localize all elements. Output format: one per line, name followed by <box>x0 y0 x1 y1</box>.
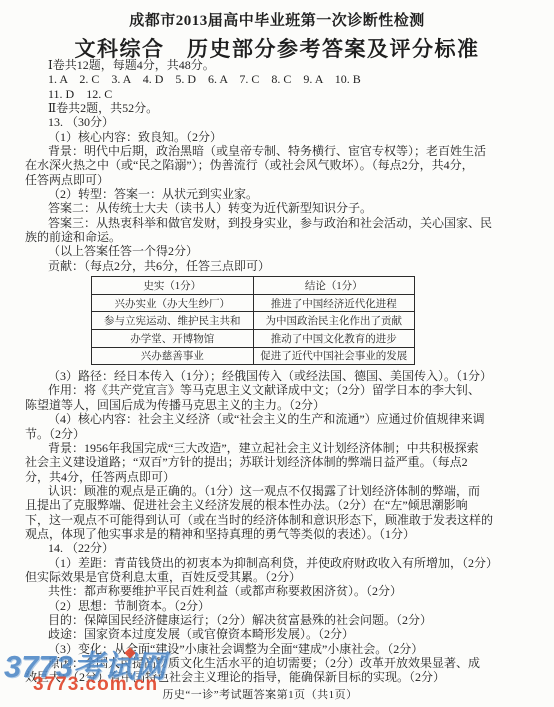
body-line: 分，共4分，任答两点即可） <box>25 470 511 484</box>
body-line: 答案二：从传统士大夫（读书人）转变为近代新型知识分子。 <box>25 201 511 215</box>
answer-key-line: 11. D 12. C <box>25 87 511 101</box>
body-line: （3）变化：从全面“建设”小康社会调整为全面“建成”小康社会。（2分） <box>25 642 511 656</box>
body-line: 目的：保障国民经济健康运行；（2分）解决贫富悬殊的社会问题。（2分） <box>25 613 511 627</box>
table-row: 参与立宪运动、维护民主共和 为中国政治民主化作出了贡献 <box>92 312 415 330</box>
body-line: 认识：顾准的观点是正确的。（1分）这一观点不仅揭露了计划经济体制的弊端，而 <box>25 484 511 498</box>
body-line: 答案三：从热衷科举和做官发财，到投身实业，参与政治和社会活动，关心国家、民 <box>25 216 511 230</box>
footer-page-info: 历史“一诊”考试题答案第1页（共1页） <box>25 686 495 702</box>
body-line: Ⅰ卷共12题，每题4分，共48分。 <box>25 58 511 72</box>
body-line: （2）思想：节制资本。（2分） <box>25 599 511 613</box>
body-line: 歧途：国家资本过度发展（或官僚资本畸形发展）。（2分） <box>25 627 511 641</box>
body-line: 作用：将《共产党宣言》等马克思主义文献译成中文；（2分）留学日本的李大钊、 <box>25 383 511 397</box>
table-cell: 推进了中国经济近代化进程 <box>253 294 415 312</box>
body-line: 任答两点即可） <box>25 173 511 187</box>
body-line: 且提出了克服弊端、促进社会主义经济发展的根本性办法。（2分）在“左”倾思潮影响 <box>25 498 511 512</box>
table-cell: 参与立宪运动、维护民主共和 <box>92 312 254 330</box>
body-line: 贡献：（每点2分，共6分，任答三点即可） <box>25 259 511 273</box>
document-page: 成都市2013届高中毕业班第一次诊断性检测 文科综合 历史部分参考答案及评分标准… <box>0 0 554 707</box>
body-line: （3）路径：经日本传入（1分）；经俄国传入（或经法国、德国、美国传入）。（1分） <box>25 369 511 383</box>
body-line: （以上答案任答一个得2分） <box>25 244 511 258</box>
body-line: 13. （30分） <box>25 115 511 129</box>
body-line: Ⅱ卷共2题，共52分。 <box>25 101 511 115</box>
table-cell: 推动了中国文化教育的进步 <box>253 329 415 347</box>
body-line: 但实际效果是官贷利息太重，百姓反受其累。（2分） <box>25 570 511 584</box>
table-header-row: 史实（1分） 结论（1分） <box>92 277 415 295</box>
body-line: 观点，体现了他实事求是的精神和坚持真理的勇气等类似的表述）。（1分） <box>25 527 511 541</box>
body-line: 社会主义建设道路；“双百”方针的提出；苏联计划经济体制的弊端日益严重。（每点2 <box>25 455 511 469</box>
contributions-table: 史实（1分） 结论（1分） 兴办实业（办大生纱厂） 推进了中国经济近代化进程 参… <box>91 276 415 365</box>
table-cell: 兴办慈善事业 <box>92 347 254 365</box>
body-line: （1）差距：青苗钱贷出的初衷本为抑制高利贷，并使政府财政收入有所增加，（2分） <box>25 556 511 570</box>
answer-key-line: 1. A 2. C 3. A 4. D 5. D 6. A 7. C 8. C … <box>25 72 511 86</box>
body-line: 原因：全国人民提高物质文化生活水平的迫切需要；（2分）改革开放效果显著、成 <box>25 656 511 670</box>
body-line: 在水深火热之中（或“民之陷溺”）；伪善流行（或社会风气败坏）。（每点2分，共4分… <box>25 158 511 172</box>
table-cell: 兴办实业（办大生纱厂） <box>92 294 254 312</box>
body-line: 陈望道等人，回国后成为传播马克思主义的主力。（2分） <box>25 398 511 412</box>
table-row: 兴办慈善事业 促进了近代中国社会事业的发展 <box>92 347 415 365</box>
body-line: 族的前途和命运。 <box>25 230 511 244</box>
body-line: 节。（2分） <box>25 427 511 441</box>
body-line: 14. （22分） <box>25 541 511 555</box>
body-line: 背景：明代中后期，政治黑暗（或皇帝专制、特务横行、宦官专权等）；老百姓生活 <box>25 144 511 158</box>
exam-title: 成都市2013届高中毕业班第一次诊断性检测 <box>0 0 554 30</box>
body-line: （2）转型：答案一：从状元到实业家。 <box>25 187 511 201</box>
table-row: 办学堂、开博物馆 推动了中国文化教育的进步 <box>92 329 415 347</box>
table-header-cell: 结论（1分） <box>253 277 415 295</box>
table-header-cell: 史实（1分） <box>92 277 254 295</box>
body-line: 下，这一观点不可能得到认可（或在当时的经济体制和意识形态下，顾准敢于发表这样的 <box>25 513 511 527</box>
body-line: 共性：都声称要维护平民百姓利益（或都声称要救困济贫）。（2分） <box>25 584 511 598</box>
table-row: 兴办实业（办大生纱厂） 推进了中国经济近代化进程 <box>92 294 415 312</box>
answer-body: Ⅰ卷共12题，每题4分，共48分。 1. A 2. C 3. A 4. D 5.… <box>25 58 511 685</box>
body-line: 背景：1956年我国完成“三大改造”，建立起社会主义计划经济体制；中共积极探索 <box>25 441 511 455</box>
table-cell: 促进了近代中国社会事业的发展 <box>253 347 415 365</box>
table-cell: 为中国政治民主化作出了贡献 <box>253 312 415 330</box>
body-line: （1）核心内容：致良知。（2分） <box>25 130 511 144</box>
body-line: 效巨大；（2分）有中国特色社会主义理论的指导，能确保新目标的实现。（2分） <box>25 670 511 684</box>
body-line: （4）核心内容：社会主义经济（或“社会主义的生产和流通”）应通过价值规律来调 <box>25 412 511 426</box>
table-cell: 办学堂、开博物馆 <box>92 329 254 347</box>
